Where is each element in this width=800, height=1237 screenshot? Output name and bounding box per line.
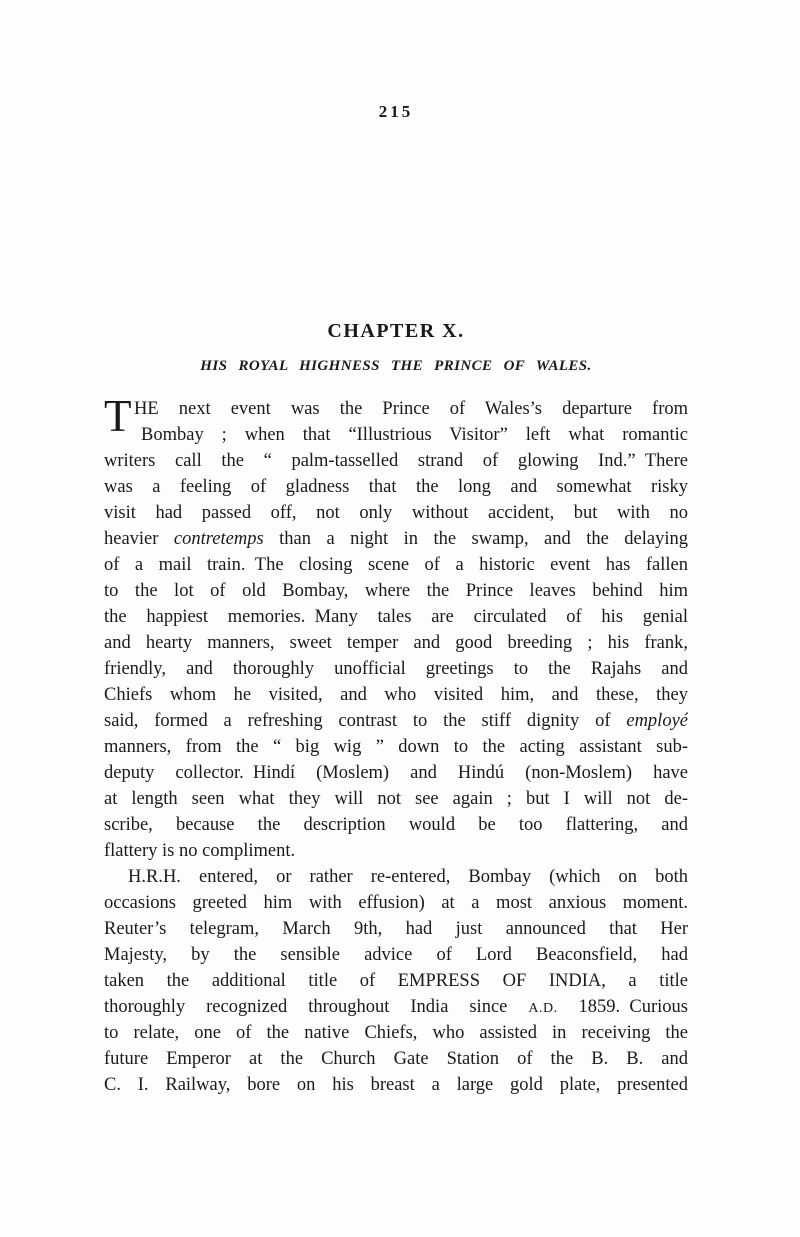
chapter-subtitle: HIS ROYAL HIGHNESS THE PRINCE OF WALES.	[104, 358, 688, 375]
text-line: Reuter’s telegram, March 9th, had just a…	[104, 916, 688, 942]
text-line: to the lot of old Bombay, where the Prin…	[104, 578, 688, 604]
text-line: manners, from the “ big wig ” down to th…	[104, 734, 688, 760]
text-line: H.R.H. entered, or rather re-entered, Bo…	[104, 864, 688, 890]
text-line: of a mail train. The closing scene of a …	[104, 552, 688, 578]
text-line: future Emperor at the Church Gate Statio…	[104, 1046, 688, 1072]
text-line: C. I. Railway, bore on his breast a larg…	[104, 1072, 688, 1098]
text-line: said, formed a refreshing contrast to th…	[104, 708, 688, 734]
text-line: Chiefs whom he visited, and who visited …	[104, 682, 688, 708]
text-line: writers call the “ palm-tasselled strand…	[104, 448, 688, 474]
text-line: thoroughly recognized throughout India s…	[104, 994, 688, 1020]
text-line: flattery is no compliment.	[104, 838, 688, 864]
text-line: scribe, because the description would be…	[104, 812, 688, 838]
text-line: occasions greeted him with effusion) at …	[104, 890, 688, 916]
body-text: HE next event was the Prince of Wales’s …	[104, 396, 688, 1098]
text-line: HE next event was the Prince of Wales’s …	[104, 396, 688, 422]
text-line: the happiest memories. Many tales are ci…	[104, 604, 688, 630]
text-line: and hearty manners, sweet temper and goo…	[104, 630, 688, 656]
text-line: deputy collector. Hindí (Moslem) and Hin…	[104, 760, 688, 786]
book-page: 215 CHAPTER X. HIS ROYAL HIGHNESS THE PR…	[0, 0, 800, 1237]
text-line: was a feeling of gladness that the long …	[104, 474, 688, 500]
text-line: heavier contretemps than a night in the …	[104, 526, 688, 552]
text-line: Majesty, by the sensible advice of Lord …	[104, 942, 688, 968]
text-line: at length seen what they will not see ag…	[104, 786, 688, 812]
text-line: Bombay ; when that “Illustrious Visitor”…	[104, 422, 688, 448]
chapter-heading: CHAPTER X.	[104, 320, 688, 343]
text-line: taken the additional title of EMPRESS OF…	[104, 968, 688, 994]
text-line: friendly, and thoroughly unofficial gree…	[104, 656, 688, 682]
drop-cap: T	[104, 394, 132, 439]
text-line: visit had passed off, not only without a…	[104, 500, 688, 526]
text-line: to relate, one of the native Chiefs, who…	[104, 1020, 688, 1046]
page-number: 215	[104, 102, 688, 122]
